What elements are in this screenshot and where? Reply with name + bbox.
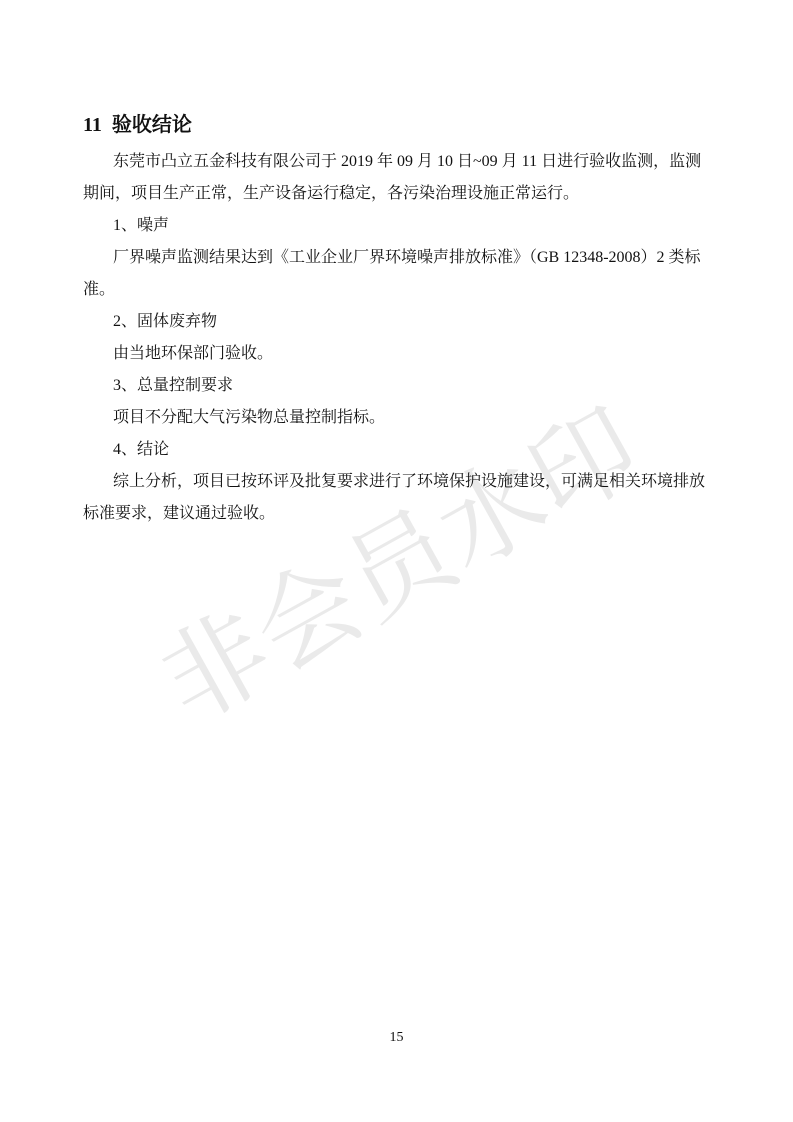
text-line: 2、固体废弃物	[83, 306, 712, 338]
page-number: 15	[390, 1030, 404, 1045]
document-content: 11验收结论 东莞市凸立五金科技有限公司于 2019 年 09 月 10 日~0…	[83, 113, 712, 530]
text-line: 由当地环保部门验收。	[83, 338, 712, 370]
body-text: 东莞市凸立五金科技有限公司于 2019 年 09 月 10 日~09 月 11 …	[83, 146, 712, 530]
text-line: 东莞市凸立五金科技有限公司于 2019 年 09 月 10 日~09 月 11 …	[83, 146, 712, 178]
text-line: 项目不分配大气污染物总量控制指标。	[83, 402, 712, 434]
text-line: 4、结论	[83, 434, 712, 466]
text-line: 1、噪声	[83, 210, 712, 242]
text-line: 期间，项目生产正常，生产设备运行稳定，各污染治理设施正常运行。	[83, 178, 712, 210]
text-line: 准。	[83, 274, 712, 306]
text-line: 综上分析，项目已按环评及批复要求进行了环境保护设施建设，可满足相关环境排放	[83, 466, 712, 498]
section-number: 11	[83, 114, 102, 136]
section-heading: 11验收结论	[83, 113, 712, 146]
page-footer: 15	[0, 1028, 793, 1048]
section-title: 验收结论	[112, 114, 192, 136]
document-page: 非会员水印 11验收结论 东莞市凸立五金科技有限公司于 2019 年 09 月 …	[0, 0, 793, 1122]
text-line: 3、总量控制要求	[83, 370, 712, 402]
text-line: 厂界噪声监测结果达到《工业企业厂界环境噪声排放标准》（GB 12348-2008…	[83, 242, 712, 274]
text-line: 标准要求，建议通过验收。	[83, 498, 712, 530]
